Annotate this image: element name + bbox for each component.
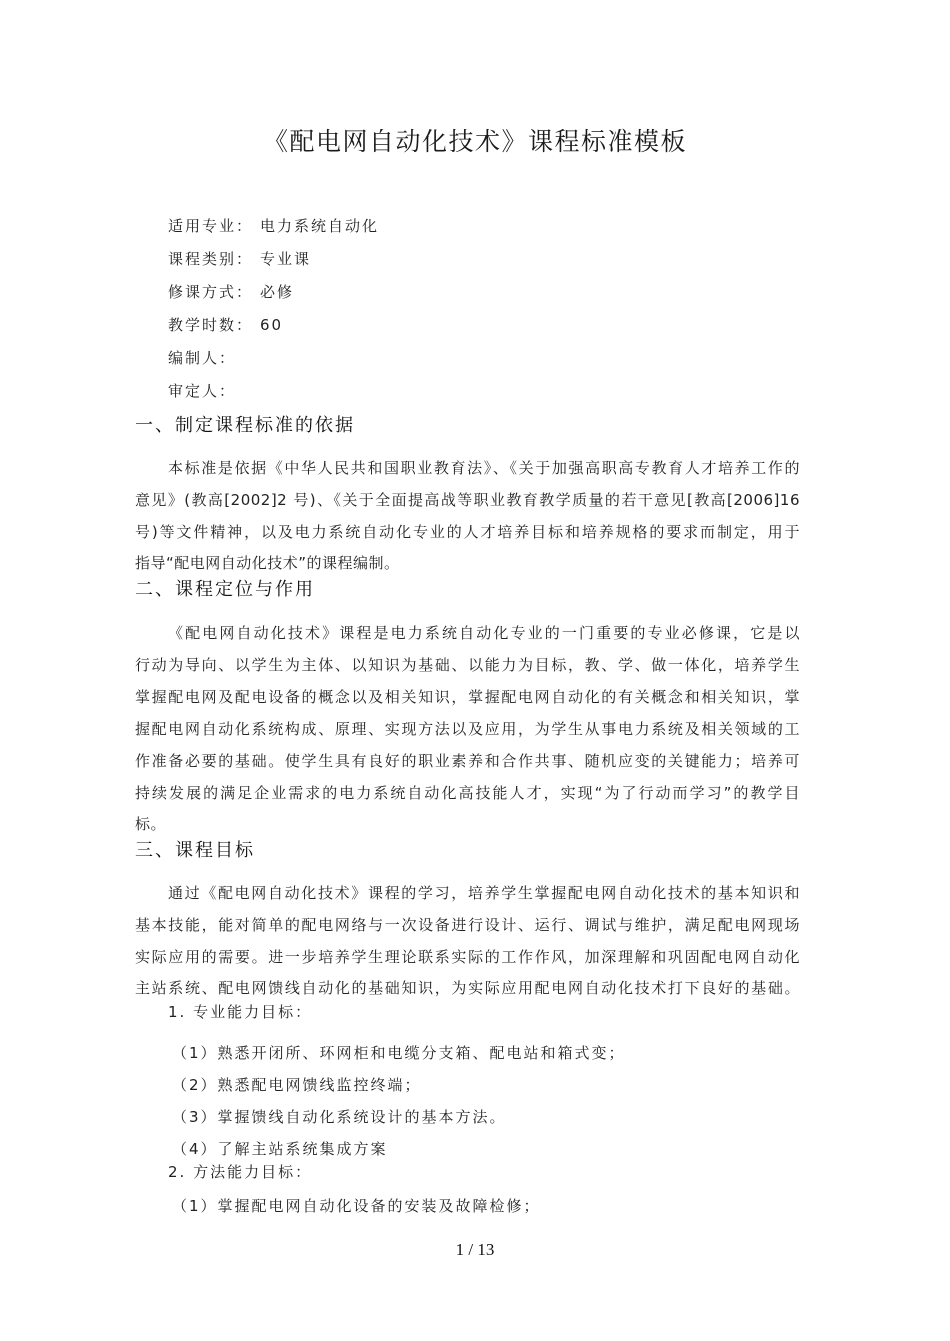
paragraph-line: 意见》(教高[2002]2 号)、《关于全面提高战等职业教育教学质量的若干意见[…	[135, 489, 800, 510]
list-item: （1）熟悉开闭所、环网柜和电缆分支箱、配电站和箱式变；	[172, 1042, 626, 1063]
section-heading: 一、制定课程标准的依据	[135, 411, 355, 437]
meta-value: 电力系统自动化	[260, 215, 379, 236]
meta-label: 修课方式：	[168, 281, 260, 302]
list-item: （3）掌握馈线自动化系统设计的基本方法。	[172, 1106, 507, 1127]
meta-reviewer: 审定人：	[168, 380, 260, 401]
document-title: 《配电网自动化技术》课程标准模板	[0, 122, 950, 158]
list-item: （1）掌握配电网自动化设备的安装及故障检修；	[172, 1195, 541, 1216]
meta-label: 适用专业：	[168, 215, 260, 236]
paragraph-line: 指导“配电网自动化技术”的课程编制。	[135, 552, 400, 573]
paragraph-line: 主站系统、配电网馈线自动化的基础知识，为实际应用配电网自动化技术打下良好的基础。	[135, 977, 800, 998]
meta-compiler: 编制人：	[168, 347, 260, 368]
list-item: （2）熟悉配电网馈线监控终端；	[172, 1074, 422, 1095]
meta-study-mode: 修课方式：必修	[168, 281, 294, 302]
meta-value: 必修	[260, 281, 294, 302]
meta-major: 适用专业：电力系统自动化	[168, 215, 379, 236]
meta-value: 60	[260, 316, 283, 334]
paragraph-line: 号)等文件精神，以及电力系统自动化专业的人才培养目标和培养规格的要求而制定，用于	[135, 521, 800, 542]
meta-label: 课程类别：	[168, 248, 260, 269]
paragraph-line: 基本技能，能对简单的配电网络与一次设备进行设计、运行、调试与维护，满足配电网现场	[135, 914, 800, 935]
meta-label: 教学时数：	[168, 314, 260, 335]
meta-course-type: 课程类别：专业课	[168, 248, 311, 269]
document-page: 《配电网自动化技术》课程标准模板 适用专业：电力系统自动化 课程类别：专业课 修…	[0, 0, 950, 1341]
subsection-heading: 1. 专业能力目标：	[168, 1001, 312, 1022]
paragraph-line: 本标准是依据《中华人民共和国职业教育法》、《关于加强高职高专教育人才培养工作的	[168, 457, 800, 478]
page-indicator: 1 / 13	[0, 1240, 950, 1260]
paragraph-line: 持续发展的满足企业需求的电力系统自动化高技能人才，实现“为了行动而学习”的教学目	[135, 782, 800, 803]
section-heading: 二、课程定位与作用	[135, 575, 315, 601]
paragraph-line: 行动为导向、以学生为主体、以知识为基础、以能力为目标，教、学、做一体化，培养学生	[135, 654, 800, 675]
paragraph-line: 标。	[135, 813, 166, 834]
paragraph-line: 掌握配电网及配电设备的概念以及相关知识，掌握配电网自动化的有关概念和相关知识，掌	[135, 686, 800, 707]
meta-label: 编制人：	[168, 347, 260, 368]
paragraph-line: 握配电网自动化系统构成、原理、实现方法以及应用，为学生从事电力系统及相关领域的工	[135, 718, 800, 739]
paragraph-line: 作准备必要的基础。使学生具有良好的职业素养和合作共事、随机应变的关键能力；培养可	[135, 750, 800, 771]
paragraph-line: 通过《配电网自动化技术》课程的学习，培养学生掌握配电网自动化技术的基本知识和	[168, 882, 800, 903]
paragraph-line: 实际应用的需要。进一步培养学生理论联系实际的工作作风，加深理解和巩固配电网自动化	[135, 946, 800, 967]
list-item: （4）了解主站系统集成方案	[172, 1138, 388, 1159]
meta-value: 专业课	[260, 248, 311, 269]
meta-label: 审定人：	[168, 380, 260, 401]
subsection-heading: 2. 方法能力目标：	[168, 1161, 312, 1182]
section-heading: 三、课程目标	[135, 836, 255, 862]
meta-teaching-hours: 教学时数：60	[168, 314, 283, 335]
paragraph-line: 《配电网自动化技术》课程是电力系统自动化专业的一门重要的专业必修课，它是以	[168, 622, 800, 643]
